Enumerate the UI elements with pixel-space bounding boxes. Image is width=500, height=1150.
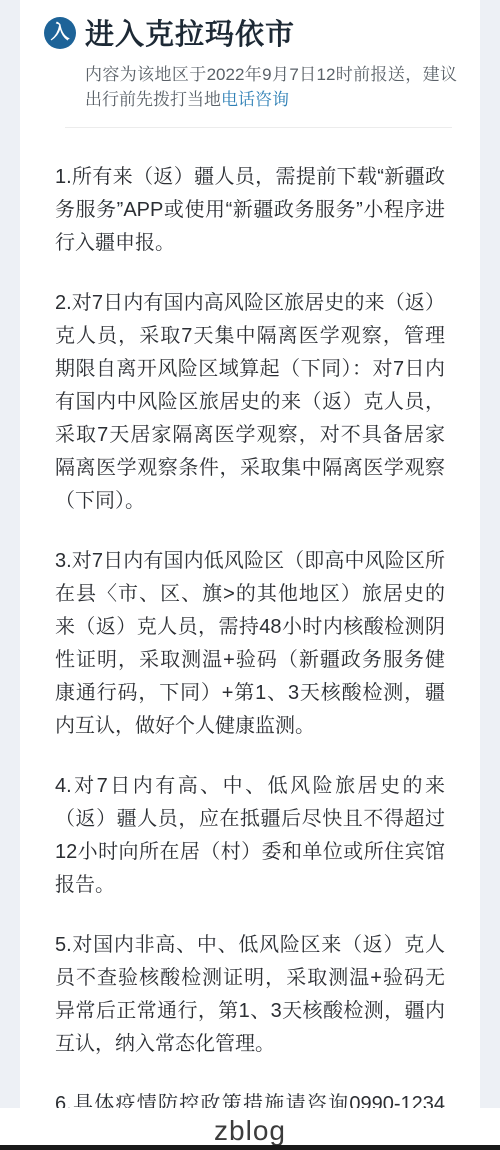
policy-content: 1.所有来（返）疆人员，需提前下载“新疆政务服务”APP或使用“新疆政务服务”小…	[20, 128, 480, 1150]
policy-item-5: 5.对国内非高、中、低风险区来（返）克人员不查验核酸检测证明，采取测温+验码无异…	[55, 929, 445, 1061]
policy-item-1: 1.所有来（返）疆人员，需提前下载“新疆政务服务”APP或使用“新疆政务服务”小…	[55, 161, 445, 260]
site-footer: zblog	[0, 1108, 500, 1150]
title-row: 入 进入克拉玛依市	[44, 12, 456, 53]
enter-icon-glyph: 入	[50, 23, 69, 42]
page-background: 入 进入克拉玛依市 内容为该地区于2022年9月7日12时前报送，建议出行前先拨…	[0, 0, 500, 1150]
policy-card: 入 进入克拉玛依市 内容为该地区于2022年9月7日12时前报送，建议出行前先拨…	[20, 0, 480, 1115]
policy-item-3: 3.对7日内有国内低风险区（即高中风险区所在县〈市、区、旗>的其他地区）旅居史的…	[55, 545, 445, 743]
header: 入 进入克拉玛依市 内容为该地区于2022年9月7日12时前报送，建议出行前先拨…	[20, 0, 480, 128]
policy-item-4: 4.对7日内有高、中、低风险旅居史的来（返）疆人员，应在抵疆后尽快且不得超过12…	[55, 770, 445, 902]
phone-consult-link[interactable]: 电话咨询	[221, 90, 289, 109]
enter-city-icon: 入	[44, 17, 76, 49]
footer-brand-link[interactable]: zblog	[214, 1115, 286, 1147]
report-subtitle: 内容为该地区于2022年9月7日12时前报送，建议出行前先拨打当地电话咨询	[85, 62, 457, 112]
policy-item-2: 2.对7日内有国内高风险区旅居史的来（返）克人员，采取7天集中隔离医学观察，管理…	[55, 287, 445, 518]
page-title: 进入克拉玛依市	[85, 12, 295, 53]
bottom-edge-bar	[0, 1145, 500, 1150]
